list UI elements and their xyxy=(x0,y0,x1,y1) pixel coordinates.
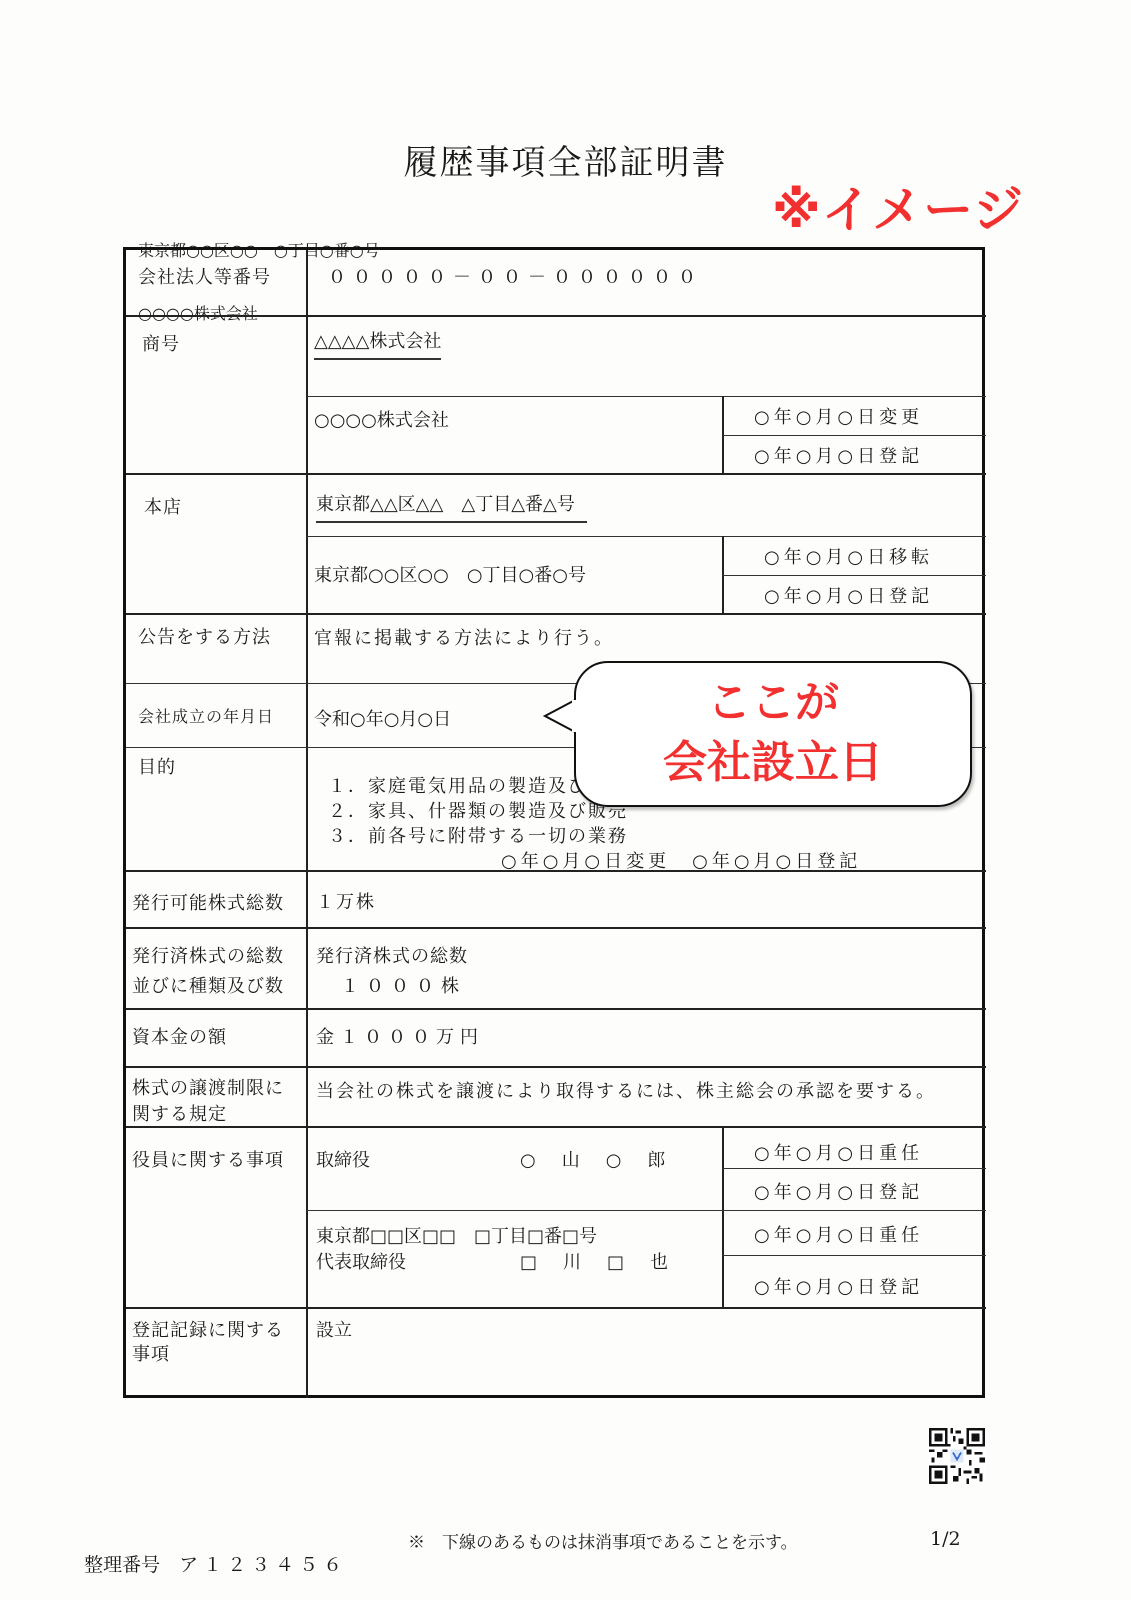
label-transfer-restriction-2: 関する規定 xyxy=(132,1100,227,1129)
officer-director-title: 取締役 xyxy=(316,1148,370,1173)
callout-line-1: ここが xyxy=(576,673,970,733)
officer-director-name: ○ 山 ○ 郎 xyxy=(520,1148,669,1173)
label-column-divider xyxy=(306,250,308,1398)
value-registry-record: 設立 xyxy=(316,1318,352,1343)
divider xyxy=(722,1168,986,1169)
reference-label: 整理番号 xyxy=(84,1554,160,1576)
label-public-notice: 公告をする方法 xyxy=(138,623,271,652)
callout-bubble: ここが 会社設立日 xyxy=(574,661,972,807)
divider xyxy=(306,1210,986,1211)
divider xyxy=(722,1255,986,1256)
rep-director-registration-date: ○年○月○日登記 xyxy=(754,1273,923,1299)
label-purpose: 目的 xyxy=(138,753,176,782)
divider xyxy=(126,870,986,872)
divider xyxy=(126,315,986,317)
divider xyxy=(722,435,986,436)
value-issued-shares-2: １０００株 xyxy=(316,974,466,999)
label-issued-shares-2: 並びに種類及び数 xyxy=(132,972,284,1001)
value-head-office-previous: 東京都○○区○○ ○丁目○番○号 xyxy=(314,563,586,588)
divider xyxy=(722,1126,724,1307)
purpose-item-2: ２．家具、什器類の製造及び販売 xyxy=(328,799,628,824)
image-watermark-badge: ※イメージ xyxy=(772,170,1024,242)
footer-note: ※ 下線のあるものは抹消事項であることを示す。 xyxy=(408,1528,798,1553)
label-capital: 資本金の額 xyxy=(132,1023,227,1052)
divider xyxy=(722,575,986,576)
divider xyxy=(126,1008,986,1010)
callout-tail-mask xyxy=(572,700,578,732)
reference-number: 整理番号 ア１２３４５６ xyxy=(72,1528,347,1577)
label-head-office: 本店 xyxy=(144,493,182,522)
value-head-office-current: 東京都△△区△△ △丁目△番△号 xyxy=(316,492,587,523)
certificate-table: 会社法人等番号 ０００００－００－００００００ 商号 △△△△株式会社 ○○○○… xyxy=(123,247,985,1398)
divider xyxy=(126,473,986,475)
director-reappointed-date: ○年○月○日重任 xyxy=(754,1139,923,1165)
qr-code-icon xyxy=(929,1428,985,1484)
label-corp-number: 会社法人等番号 xyxy=(138,263,271,292)
label-registry-record-2: 事項 xyxy=(132,1340,170,1369)
value-corp-number: ０００００－００－００００００ xyxy=(328,265,703,290)
trade-name-registration-date: ○年○月○日登記 xyxy=(754,442,923,468)
callout-line-2: 会社設立日 xyxy=(576,733,970,793)
divider xyxy=(306,396,986,397)
rep-director-title: 代表取締役 xyxy=(316,1250,406,1275)
head-office-registration-date: ○年○月○日登記 xyxy=(764,582,933,608)
rep-director-reappointed-date: ○年○月○日重任 xyxy=(754,1221,923,1247)
reference-value: ア１２３４５６ xyxy=(179,1554,347,1576)
value-establishment-date: 令和○年○月○日 xyxy=(314,707,451,732)
label-establishment-date: 会社成立の年月日 xyxy=(138,702,274,731)
value-trade-name-previous: ○○○○株式会社 xyxy=(314,408,449,433)
divider xyxy=(126,1307,986,1309)
head-office-move-date: ○年○月○日移転 xyxy=(764,543,933,569)
label-transfer-restriction-1: 株式の譲渡制限に xyxy=(132,1074,284,1103)
divider xyxy=(126,927,986,929)
value-public-notice: 官報に掲載する方法により行う。 xyxy=(314,626,614,651)
label-issued-shares-1: 発行済株式の総数 xyxy=(132,942,284,971)
divider xyxy=(306,536,986,537)
label-officers: 役員に関する事項 xyxy=(132,1146,284,1175)
value-authorized-shares: １万株 xyxy=(316,890,376,915)
divider xyxy=(126,1126,986,1128)
purpose-item-3: ３．前各号に附帯する一切の業務 xyxy=(328,824,628,849)
page-number: 1/2 xyxy=(930,1528,961,1550)
rep-director-name: □ 川 □ 也 xyxy=(520,1250,672,1275)
label-trade-name: 商号 xyxy=(142,330,180,359)
value-issued-shares-1: 発行済株式の総数 xyxy=(316,944,468,969)
divider xyxy=(126,1066,986,1068)
value-trade-name-current: △△△△株式会社 xyxy=(314,329,441,360)
divider xyxy=(126,613,986,615)
trade-name-change-date: ○年○月○日変更 xyxy=(754,403,923,429)
value-transfer-restriction: 当会社の株式を譲渡により取得するには、株主総会の承認を要する。 xyxy=(316,1079,936,1104)
director-registration-date: ○年○月○日登記 xyxy=(754,1178,923,1204)
value-capital: 金１０００万円 xyxy=(316,1025,484,1050)
label-authorized-shares: 発行可能株式総数 xyxy=(132,889,284,918)
rep-director-address: 東京都□□区□□ □丁目□番□号 xyxy=(316,1224,597,1249)
